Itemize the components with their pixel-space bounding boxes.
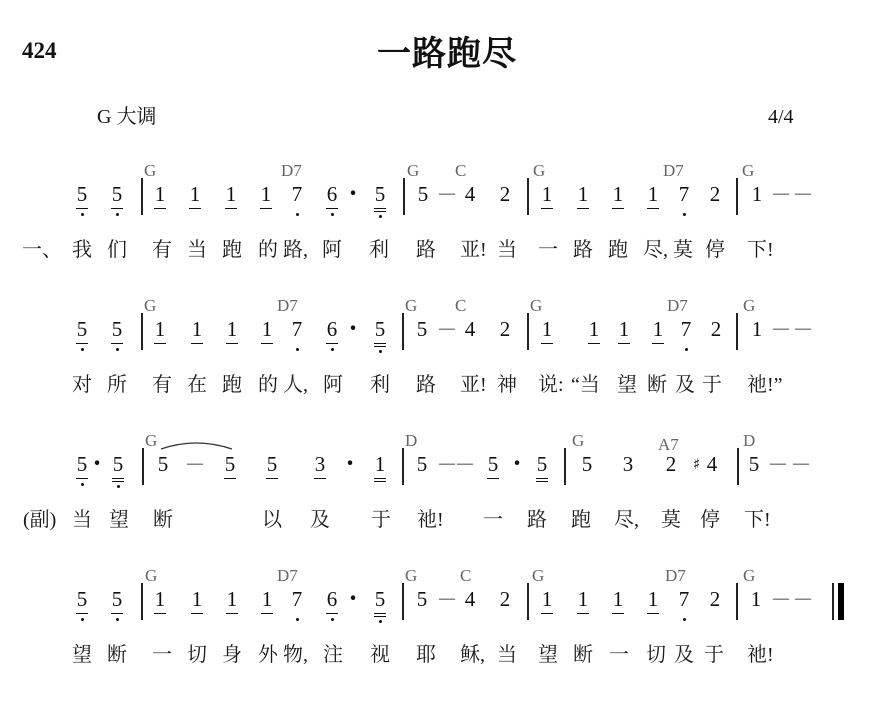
lyric: (副) bbox=[23, 510, 56, 530]
note: 1 bbox=[225, 589, 239, 610]
lyric: 跑 bbox=[608, 240, 628, 260]
note: 7 bbox=[677, 184, 691, 205]
sustain-dash: — bbox=[795, 321, 811, 337]
augmentation-dot: · bbox=[348, 585, 358, 613]
sustain-dash: — bbox=[773, 186, 789, 202]
lyric: 望 bbox=[617, 375, 637, 395]
augmentation-dot: · bbox=[348, 315, 358, 343]
chord-symbol: G bbox=[145, 567, 157, 584]
lyric: 路 bbox=[416, 375, 436, 395]
note: 1 bbox=[190, 319, 204, 340]
lyric: 有 bbox=[152, 240, 172, 260]
final-barline-thin bbox=[832, 583, 834, 620]
lyric: 当 bbox=[187, 240, 207, 260]
lyric: 一 bbox=[609, 645, 629, 665]
lyric: 一 bbox=[538, 240, 558, 260]
sheet-music-page: 424 一路跑尽 G 大调 4/4 G D7 G C G D7 G 5 5 1 … bbox=[0, 0, 878, 708]
lyric: 利 bbox=[369, 240, 389, 260]
lyric: 利 bbox=[370, 375, 390, 395]
sustain-dash: — bbox=[439, 186, 455, 202]
chord-symbol: G bbox=[742, 162, 754, 179]
barline bbox=[736, 583, 738, 620]
note: 2 bbox=[498, 319, 512, 340]
lyric: 阿 bbox=[323, 375, 343, 395]
lyric: 在 bbox=[187, 375, 207, 395]
lyric: 亚! bbox=[460, 375, 487, 395]
lyric: 及 bbox=[675, 375, 695, 395]
lyric: 们 bbox=[107, 240, 127, 260]
lyric: 亚! bbox=[460, 240, 487, 260]
sustain-dash: — bbox=[439, 321, 455, 337]
lyric: 我 bbox=[72, 240, 92, 260]
lyric: 注 bbox=[323, 645, 343, 665]
lyric: 稣, bbox=[460, 645, 485, 665]
staff-system-2: G D7 G C G D7 G 5 5 1 1 1 1 7 6 · 5 5 — … bbox=[0, 300, 878, 420]
note: 5 bbox=[580, 454, 594, 475]
note: 1 bbox=[611, 589, 625, 610]
lyric: 神 bbox=[497, 375, 517, 395]
note: 5 bbox=[535, 454, 549, 475]
lyric: “当 bbox=[571, 375, 600, 395]
note: 5 bbox=[415, 454, 429, 475]
song-title: 一路跑尽 bbox=[377, 37, 517, 71]
note: 2 bbox=[708, 589, 722, 610]
lyric: 下! bbox=[744, 510, 771, 530]
chord-symbol: D bbox=[405, 432, 417, 449]
chord-symbol: D7 bbox=[663, 162, 684, 179]
lyric: 下! bbox=[747, 240, 774, 260]
chord-symbol: D bbox=[743, 432, 755, 449]
lyric: 人, bbox=[283, 375, 308, 395]
note: 5 bbox=[223, 454, 237, 475]
barline bbox=[403, 178, 405, 215]
lyric: 一 bbox=[483, 510, 503, 530]
note: 1 bbox=[153, 319, 167, 340]
lyric: 所 bbox=[107, 375, 127, 395]
lyric: 视 bbox=[370, 645, 390, 665]
lyric: 于 bbox=[702, 375, 722, 395]
lyric: 于 bbox=[371, 510, 391, 530]
key-signature: G 大调 bbox=[97, 107, 156, 127]
sustain-dash: — bbox=[187, 456, 203, 472]
lyric: 当 bbox=[497, 645, 517, 665]
note: 1 bbox=[646, 184, 660, 205]
note: 5 bbox=[75, 319, 89, 340]
chord-symbol: G bbox=[405, 567, 417, 584]
lyric: 断 bbox=[647, 375, 667, 395]
barline bbox=[141, 178, 143, 215]
barline bbox=[141, 583, 143, 620]
lyric: 望 bbox=[109, 510, 129, 530]
chord-symbol: G bbox=[743, 297, 755, 314]
note: 1 bbox=[260, 589, 274, 610]
note: 1 bbox=[576, 184, 590, 205]
note: 1 bbox=[540, 589, 554, 610]
note: 1 bbox=[190, 589, 204, 610]
note: 5 bbox=[415, 319, 429, 340]
sustain-dash: — bbox=[457, 456, 473, 472]
barline bbox=[564, 448, 566, 485]
note: 6 bbox=[325, 319, 339, 340]
note: 7 bbox=[290, 589, 304, 610]
chord-symbol: D7 bbox=[665, 567, 686, 584]
lyric: 停 bbox=[700, 510, 720, 530]
chord-symbol: C bbox=[455, 162, 466, 179]
lyric: 有 bbox=[152, 375, 172, 395]
lyric: 的 bbox=[258, 240, 278, 260]
chord-symbol: G bbox=[405, 297, 417, 314]
note: 1 bbox=[224, 184, 238, 205]
chord-symbol: G bbox=[572, 432, 584, 449]
note: 4 bbox=[463, 589, 477, 610]
barline bbox=[402, 583, 404, 620]
note: 1 bbox=[225, 319, 239, 340]
note: 7 bbox=[679, 319, 693, 340]
chord-symbol: C bbox=[455, 297, 466, 314]
barline bbox=[736, 313, 738, 350]
note: 5 bbox=[747, 454, 761, 475]
sustain-dash: — bbox=[439, 456, 455, 472]
note: 5 bbox=[416, 184, 430, 205]
barline bbox=[527, 178, 529, 215]
note: 1 bbox=[153, 589, 167, 610]
chord-symbol: D7 bbox=[281, 162, 302, 179]
note: 7 bbox=[677, 589, 691, 610]
note: 5 bbox=[111, 454, 125, 475]
lyric: 望 bbox=[72, 645, 92, 665]
lyric: 断 bbox=[153, 510, 173, 530]
chord-symbol: G bbox=[144, 162, 156, 179]
note: 5 bbox=[75, 589, 89, 610]
lyric: 祂! bbox=[747, 645, 774, 665]
note: 1 bbox=[611, 184, 625, 205]
staff-system-3: G D G A7 D 5 · 5 5 — 5 5 3 · 1 5 — — 5 ·… bbox=[0, 435, 878, 555]
lyric: 祂! bbox=[417, 510, 444, 530]
chord-symbol: G bbox=[532, 567, 544, 584]
note: 1 bbox=[749, 589, 763, 610]
note: 6 bbox=[325, 184, 339, 205]
note: 5 bbox=[75, 184, 89, 205]
note: 1 bbox=[188, 184, 202, 205]
lyric: 路 bbox=[573, 240, 593, 260]
note: 2 bbox=[498, 184, 512, 205]
lyric: 望 bbox=[538, 645, 558, 665]
lyric: 跑 bbox=[222, 240, 242, 260]
lyric: 当 bbox=[72, 510, 92, 530]
note: 2 bbox=[664, 454, 678, 475]
note: 5 bbox=[156, 454, 170, 475]
lyric: 跑 bbox=[222, 375, 242, 395]
staff-system-4: G D7 G C G D7 G 5 5 1 1 1 1 7 6 · 5 5 — … bbox=[0, 570, 878, 690]
lyric: 以 bbox=[262, 510, 282, 530]
lyric: 一 bbox=[152, 645, 172, 665]
chord-symbol: G bbox=[533, 162, 545, 179]
sharp-icon: ♯ bbox=[693, 454, 700, 475]
note: 5 bbox=[265, 454, 279, 475]
lyric: 路 bbox=[527, 510, 547, 530]
chord-symbol: D7 bbox=[277, 297, 298, 314]
note: 5 bbox=[373, 589, 387, 610]
barline bbox=[737, 448, 739, 485]
barline bbox=[527, 583, 529, 620]
chord-symbol: A7 bbox=[658, 436, 679, 453]
lyric: 断 bbox=[107, 645, 127, 665]
barline bbox=[142, 448, 144, 485]
lyric: 及 bbox=[310, 510, 330, 530]
lyric: 切 bbox=[646, 645, 666, 665]
lyric: 祂!” bbox=[747, 375, 783, 395]
time-signature: 4/4 bbox=[768, 107, 794, 127]
chord-symbol: D7 bbox=[667, 297, 688, 314]
lyric: 于 bbox=[704, 645, 724, 665]
lyric: 身 bbox=[222, 645, 242, 665]
augmentation-dot: · bbox=[345, 450, 355, 478]
note: 5 bbox=[110, 589, 124, 610]
hymn-number: 424 bbox=[22, 39, 57, 62]
note: 5 bbox=[373, 319, 387, 340]
note: 1 bbox=[617, 319, 631, 340]
lyric: 对 bbox=[72, 375, 92, 395]
sustain-dash: — bbox=[793, 456, 809, 472]
note: 2 bbox=[498, 589, 512, 610]
lyric: 一、 bbox=[22, 240, 62, 260]
note: 1 bbox=[651, 319, 665, 340]
note: 1 bbox=[259, 184, 273, 205]
barline bbox=[402, 448, 404, 485]
chord-symbol: G bbox=[144, 297, 156, 314]
note: 2 bbox=[708, 184, 722, 205]
lyric: 停 bbox=[705, 240, 725, 260]
chord-symbol: D7 bbox=[277, 567, 298, 584]
sustain-dash: — bbox=[770, 456, 786, 472]
lyric: 跑 bbox=[571, 510, 591, 530]
note: 1 bbox=[540, 184, 554, 205]
chord-symbol: G bbox=[743, 567, 755, 584]
augmentation-dot: · bbox=[512, 450, 522, 478]
lyric: 外 bbox=[258, 645, 278, 665]
lyric: 说: bbox=[538, 375, 564, 395]
lyric: 耶 bbox=[416, 645, 436, 665]
note: 3 bbox=[313, 454, 327, 475]
note: 6 bbox=[325, 589, 339, 610]
sustain-dash: — bbox=[773, 591, 789, 607]
sustain-dash: — bbox=[795, 591, 811, 607]
lyric: 当 bbox=[497, 240, 517, 260]
lyric: 阿 bbox=[322, 240, 342, 260]
barline bbox=[141, 313, 143, 350]
note: 1 bbox=[153, 184, 167, 205]
note: 1 bbox=[587, 319, 601, 340]
note: 1 bbox=[540, 319, 554, 340]
chord-symbol: G bbox=[530, 297, 542, 314]
note: 1 bbox=[260, 319, 274, 340]
sustain-dash: — bbox=[439, 591, 455, 607]
note: 7 bbox=[290, 184, 304, 205]
note: 4 bbox=[463, 319, 477, 340]
lyric: 及 bbox=[674, 645, 694, 665]
note: 1 bbox=[750, 184, 764, 205]
barline bbox=[736, 178, 738, 215]
note: 4 bbox=[463, 184, 477, 205]
note: 2 bbox=[709, 319, 723, 340]
note: 3 bbox=[621, 454, 635, 475]
note: 1 bbox=[750, 319, 764, 340]
augmentation-dot: · bbox=[348, 180, 358, 208]
note: 5 bbox=[110, 319, 124, 340]
augmentation-dot: · bbox=[92, 450, 102, 478]
note: 1 bbox=[576, 589, 590, 610]
staff-system-1: G D7 G C G D7 G 5 5 1 1 1 1 7 6 · 5 5 — … bbox=[0, 165, 878, 285]
final-barline-thick bbox=[838, 583, 844, 620]
barline bbox=[402, 313, 404, 350]
note: 1 bbox=[373, 454, 387, 475]
lyric: 莫 bbox=[661, 510, 681, 530]
chord-symbol: C bbox=[460, 567, 471, 584]
lyric: 尽, bbox=[614, 510, 639, 530]
lyric: 尽, bbox=[643, 240, 668, 260]
lyric: 切 bbox=[187, 645, 207, 665]
sustain-dash: — bbox=[795, 186, 811, 202]
lyric: 路 bbox=[416, 240, 436, 260]
note: 5 bbox=[486, 454, 500, 475]
note: 5 bbox=[110, 184, 124, 205]
lyric: 的 bbox=[258, 375, 278, 395]
sustain-dash: — bbox=[773, 321, 789, 337]
note: 1 bbox=[646, 589, 660, 610]
note: 5 bbox=[75, 454, 89, 475]
note: 5 bbox=[415, 589, 429, 610]
note: 5 bbox=[373, 184, 387, 205]
barline bbox=[527, 313, 529, 350]
chord-symbol: G bbox=[407, 162, 419, 179]
lyric: 莫 bbox=[673, 240, 693, 260]
note: 7 bbox=[290, 319, 304, 340]
lyric: 物, bbox=[283, 645, 308, 665]
lyric: 断 bbox=[573, 645, 593, 665]
note: 4 bbox=[705, 454, 719, 475]
lyric: 路, bbox=[283, 240, 308, 260]
